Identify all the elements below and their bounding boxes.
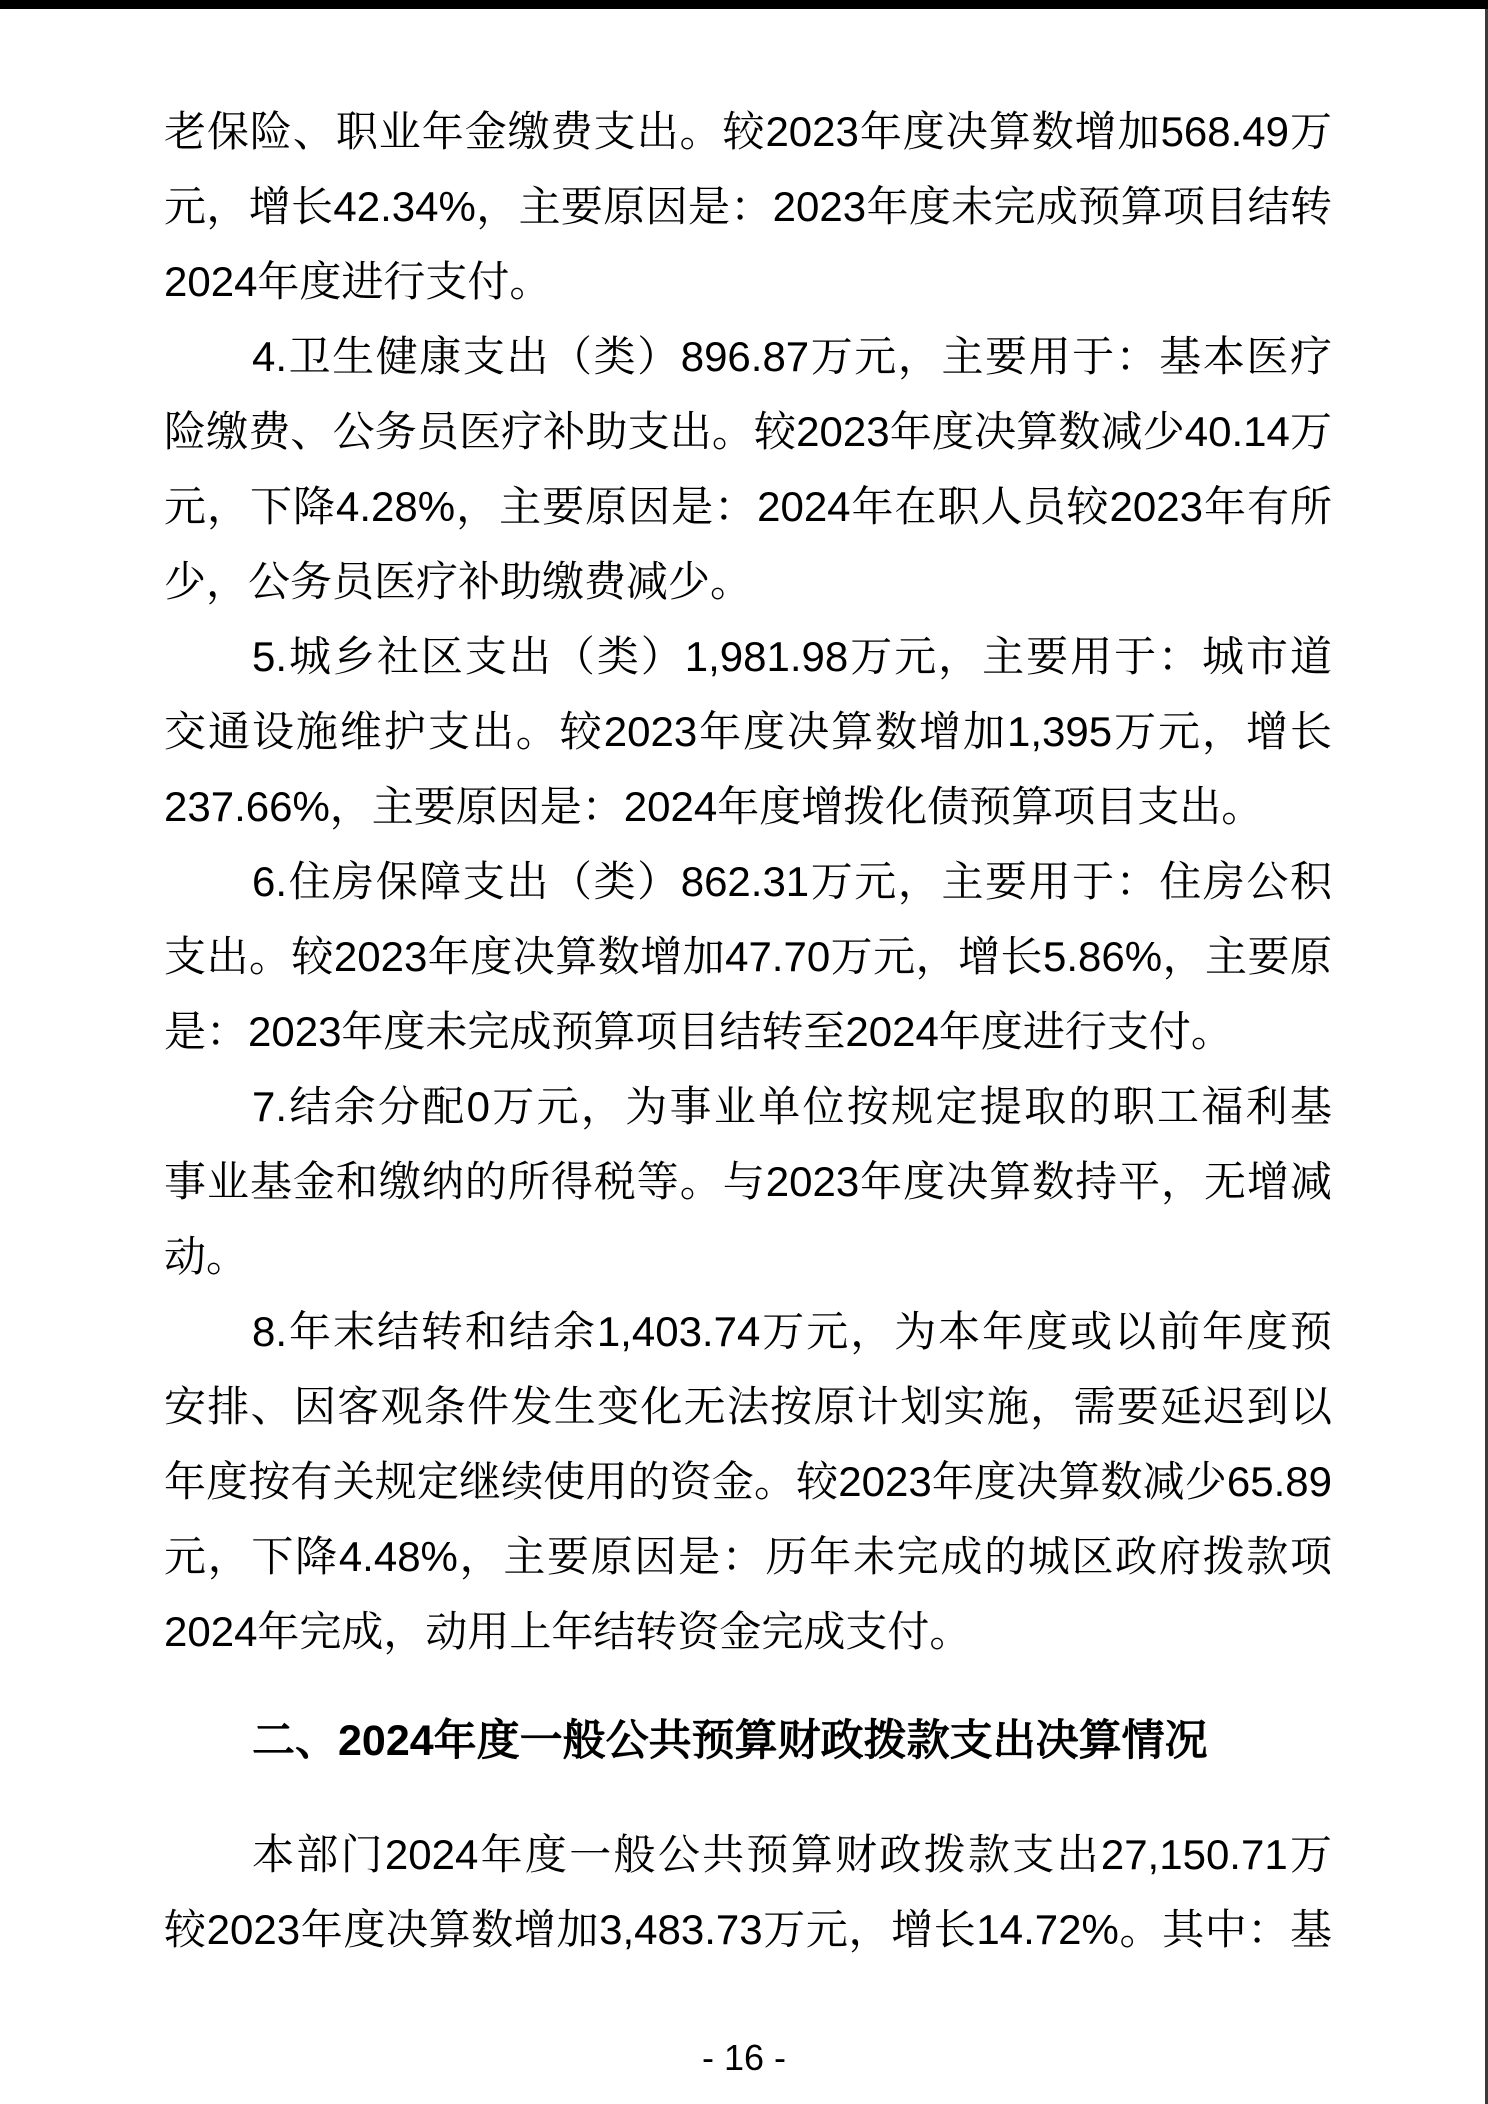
text-line: 是：2023年度未完成预算项目结转至2024年度进行支付。	[164, 994, 1332, 1069]
text-line: 老保险、职业年金缴费支出。较2023年度决算数增加568.49万	[164, 94, 1332, 169]
text-line: 少，公务员医疗补助缴费减少。	[164, 544, 1332, 619]
text-line: 元，下降4.28%，主要原因是：2024年在职人员较2023年有所减	[164, 469, 1332, 544]
text-line: 安排、因客观条件发生变化无法按原计划实施，需要延迟到以后	[164, 1369, 1332, 1444]
text-line: 二、2024年度一般公共预算财政拨款支出决算情况	[164, 1704, 1332, 1779]
text-line: 年度按有关规定继续使用的资金。较2023年度决算数减少65.89万	[164, 1444, 1332, 1519]
paragraph: 5.城乡社区支出（类）1,981.98万元，主要用于：城市道路交通设施维护支出。…	[164, 619, 1332, 844]
document-body: 老保险、职业年金缴费支出。较2023年度决算数增加568.49万元，增长42.3…	[164, 94, 1332, 1967]
text-line: 元，增长42.34%，主要原因是：2023年度未完成预算项目结转至	[164, 169, 1332, 244]
document-page: 老保险、职业年金缴费支出。较2023年度决算数增加568.49万元，增长42.3…	[0, 0, 1488, 2104]
paragraph: 本部门2024年度一般公共预算财政拨款支出27,150.71万元，较2023年度…	[164, 1817, 1332, 1967]
page-number: - 16 -	[0, 2036, 1488, 2080]
text-line: 动。	[164, 1219, 1332, 1294]
paragraph: 老保险、职业年金缴费支出。较2023年度决算数增加568.49万元，增长42.3…	[164, 94, 1332, 319]
text-line: 5.城乡社区支出（类）1,981.98万元，主要用于：城市道路	[164, 619, 1332, 694]
text-line: 元，下降4.48%，主要原因是：历年未完成的城区政府拨款项目在	[164, 1519, 1332, 1594]
text-line: 6.住房保障支出（类）862.31万元，主要用于：住房公积金	[164, 844, 1332, 919]
text-line: 险缴费、公务员医疗补助支出。较2023年度决算数减少40.14万	[164, 394, 1332, 469]
text-line: 2024年完成，动用上年结转资金完成支付。	[164, 1594, 1332, 1669]
text-line: 237.66%，主要原因是：2024年度增拨化债预算项目支出。	[164, 769, 1332, 844]
text-line: 事业基金和缴纳的所得税等。与2023年度决算数持平，无增减变	[164, 1144, 1332, 1219]
scan-top-edge	[0, 0, 1488, 9]
paragraph: 7.结余分配0万元，为事业单位按规定提取的职工福利基金、事业基金和缴纳的所得税等…	[164, 1069, 1332, 1294]
paragraph: 8.年末结转和结余1,403.74万元，为本年度或以前年度预算安排、因客观条件发…	[164, 1294, 1332, 1669]
text-line: 4.卫生健康支出（类）896.87万元，主要用于：基本医疗保	[164, 319, 1332, 394]
text-line: 8.年末结转和结余1,403.74万元，为本年度或以前年度预算	[164, 1294, 1332, 1369]
section-heading: 二、2024年度一般公共预算财政拨款支出决算情况	[164, 1704, 1332, 1779]
paragraph: 6.住房保障支出（类）862.31万元，主要用于：住房公积金支出。较2023年度…	[164, 844, 1332, 1069]
text-line: 交通设施维护支出。较2023年度决算数增加1,395万元，增长	[164, 694, 1332, 769]
text-line: 7.结余分配0万元，为事业单位按规定提取的职工福利基金、	[164, 1069, 1332, 1144]
text-line: 2024年度进行支付。	[164, 244, 1332, 319]
text-line: 本部门2024年度一般公共预算财政拨款支出27,150.71万元，	[164, 1817, 1332, 1892]
text-line: 较2023年度决算数增加3,483.73万元，增长14.72%。其中：基本	[164, 1892, 1332, 1967]
text-line: 支出。较2023年度决算数增加47.70万元，增长5.86%，主要原因	[164, 919, 1332, 994]
paragraph: 4.卫生健康支出（类）896.87万元，主要用于：基本医疗保险缴费、公务员医疗补…	[164, 319, 1332, 619]
